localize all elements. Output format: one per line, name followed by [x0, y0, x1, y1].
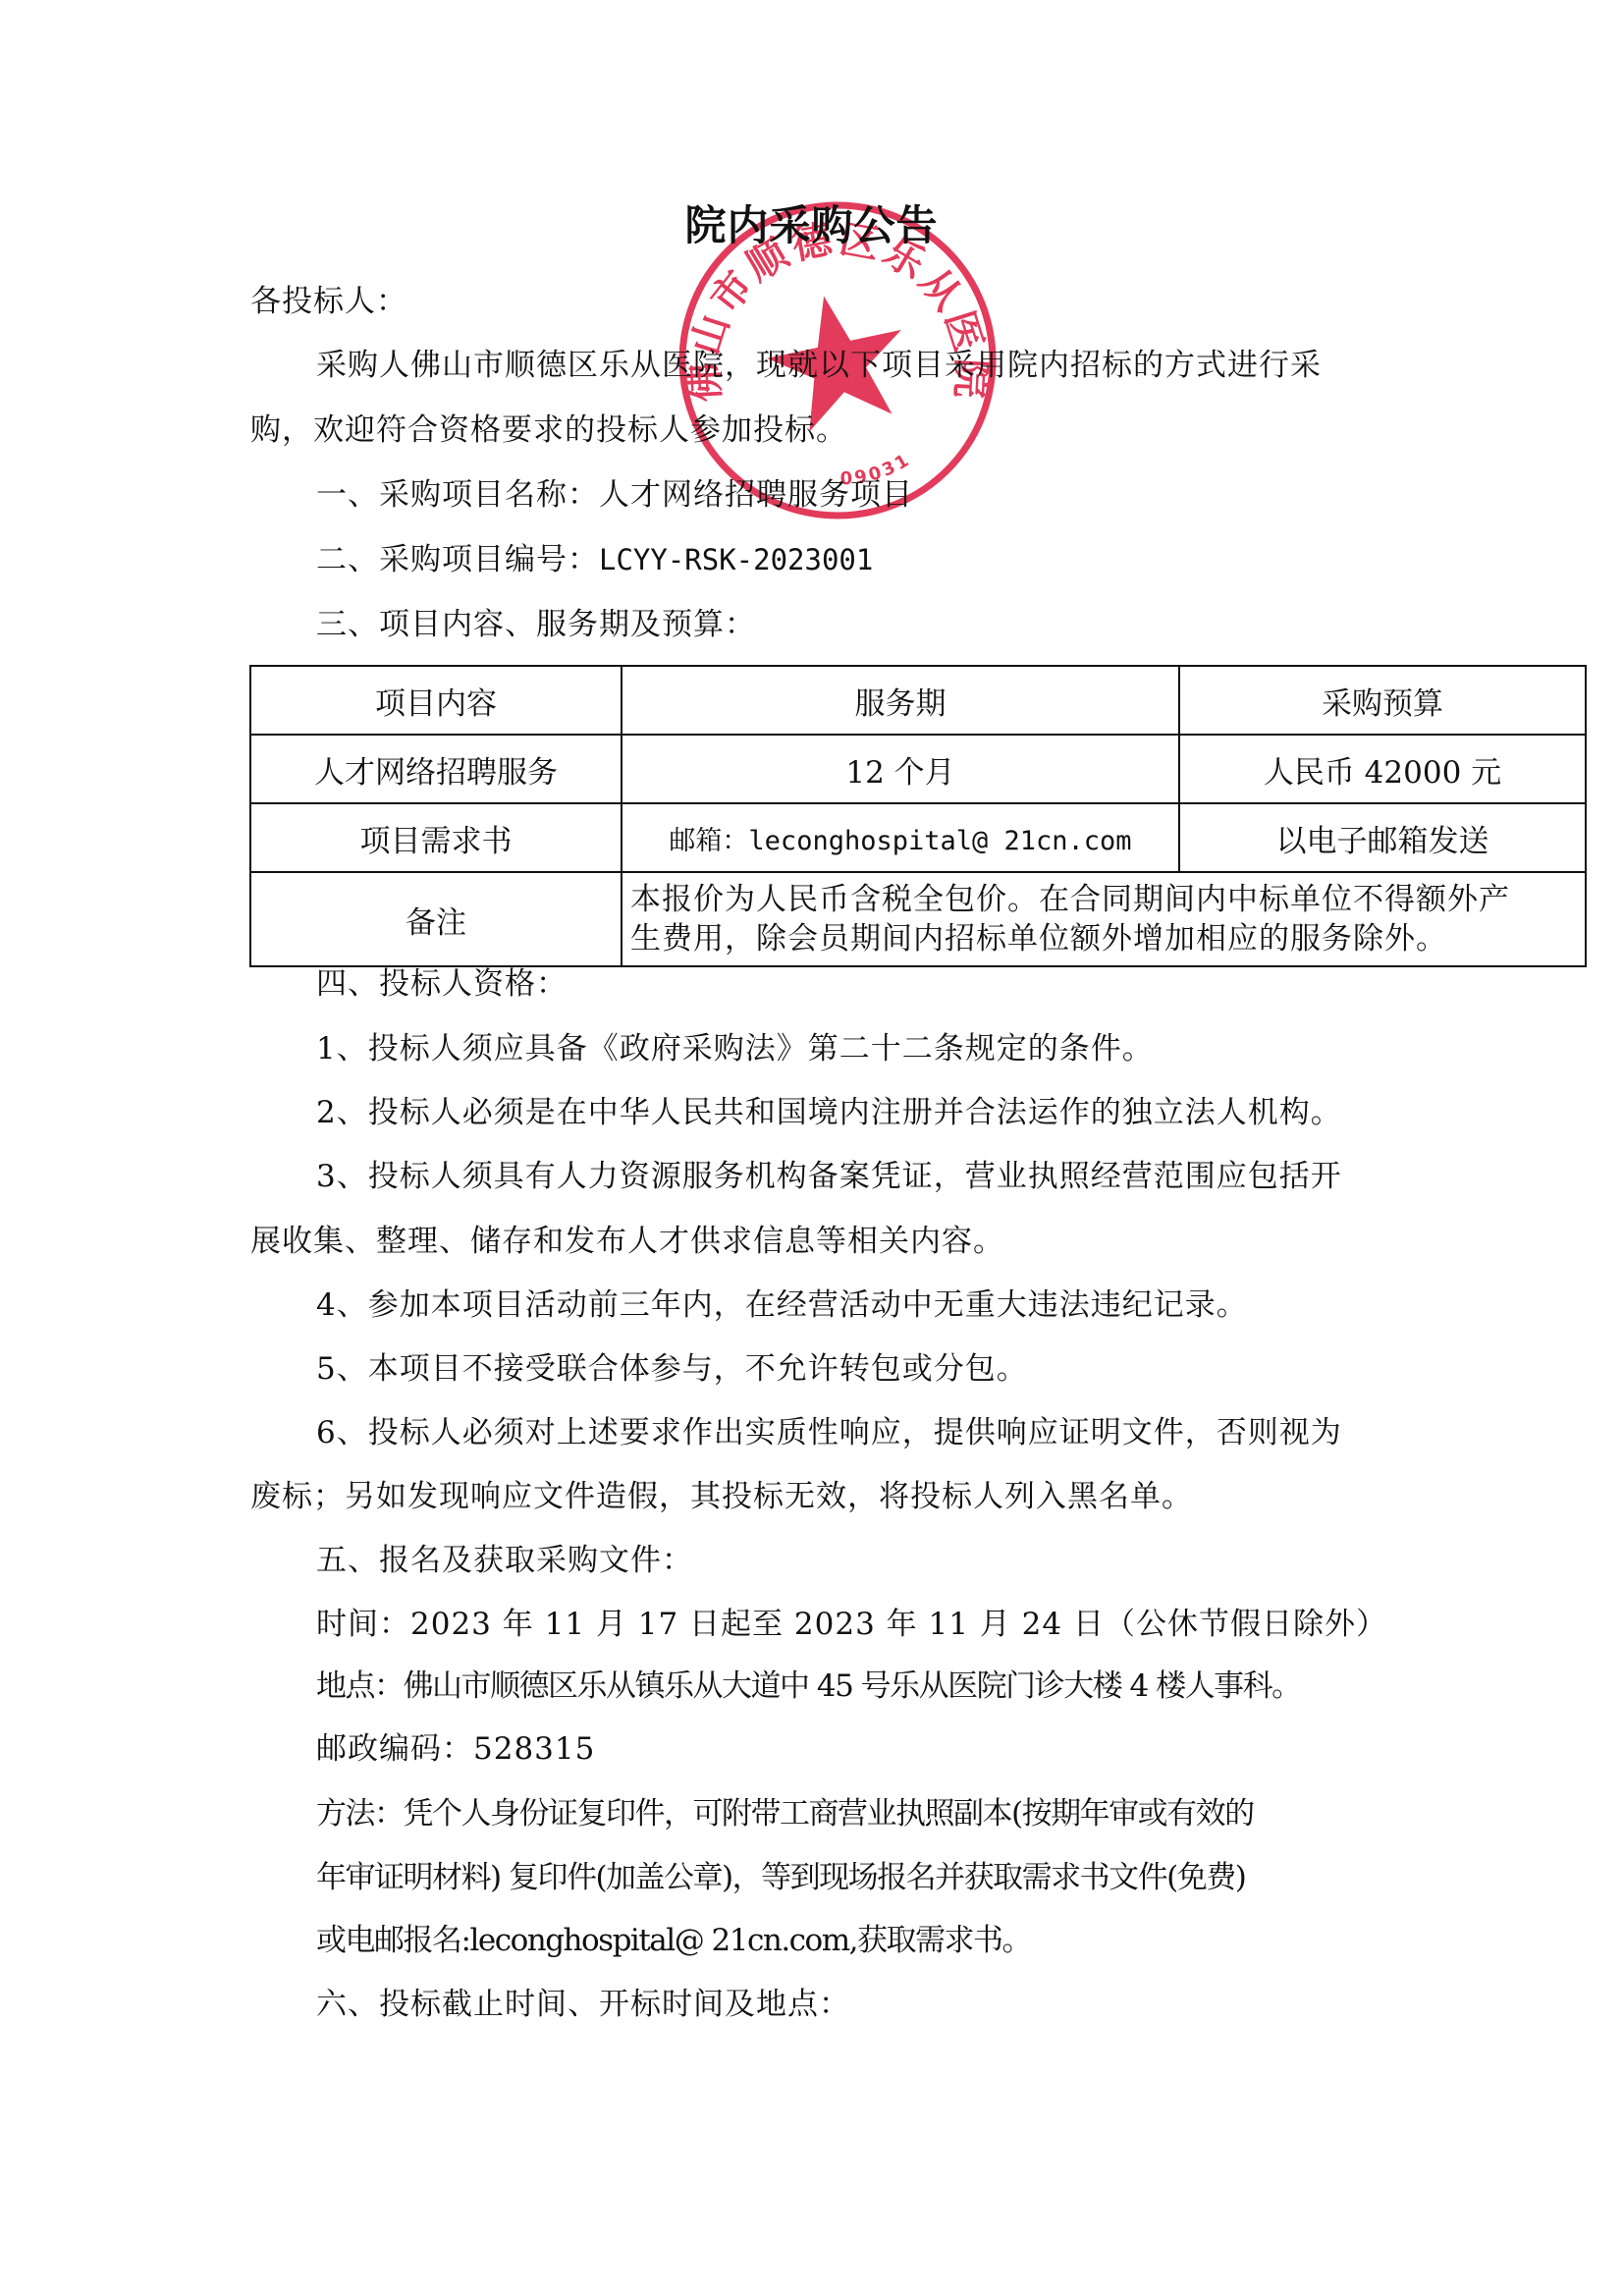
intro-line-2: 购，欢迎符合资格要求的投标人参加投标。 — [250, 410, 847, 450]
table-cell: 人才网络招聘服务 — [250, 735, 622, 803]
table-header: 服务期 — [622, 666, 1179, 735]
table-row: 项目需求书 邮箱：leconghospital@ 21cn.com 以电子邮箱发… — [250, 803, 1586, 872]
table-cell: 项目需求书 — [250, 803, 622, 872]
qualification-5: 5、本项目不接受联合体参与，不允许转包或分包。 — [316, 1349, 1028, 1389]
qualification-1: 1、投标人须应具备《政府采购法》第二十二条规定的条件。 — [316, 1029, 1154, 1068]
note-content: 本报价为人民币含税全包价。在合同期间内中标单位不得额外产 生费用，除会员期间内招… — [622, 872, 1586, 966]
qualification-6-line-1: 6、投标人必须对上述要求作出实质性响应，提供响应证明文件，否则视为 — [316, 1413, 1342, 1452]
registration-method-line-3: 或电邮报名:leconghospital@ 21cn.com,获取需求书。 — [316, 1921, 1031, 1960]
registration-time: 时间：2023 年 11 月 17 日起至 2023 年 11 月 24 日（公… — [316, 1605, 1387, 1644]
table-cell: 人民币 42000 元 — [1179, 735, 1586, 803]
registration-method-line-2: 年审证明材料) 复印件(加盖公章)，等到现场报名并获取需求书文件(免费) — [316, 1858, 1245, 1897]
document-page: 佛山市顺德区乐从医院 09031 院内采购公告 各投标人： 采购人佛山市顺德区乐… — [0, 0, 1623, 2296]
project-code-label: 二、采购项目编号： — [316, 542, 599, 577]
qualification-2: 2、投标人必须是在中华人民共和国境内注册并合法运作的独立法人机构。 — [316, 1093, 1342, 1132]
salutation: 各投标人： — [250, 282, 407, 321]
qualification-4: 4、参加本项目活动前三年内，在经营活动中无重大违法违纪记录。 — [316, 1285, 1248, 1325]
section-4-heading: 四、投标人资格： — [316, 964, 568, 1004]
qualification-6-line-2: 废标；另如发现响应文件造假，其投标无效，将投标人列入黑名单。 — [250, 1477, 1193, 1516]
table-row-note: 备注 本报价为人民币含税全包价。在合同期间内中标单位不得额外产 生费用，除会员期… — [250, 872, 1586, 966]
table-header: 采购预算 — [1179, 666, 1586, 735]
section-5-heading: 五、报名及获取采购文件： — [316, 1541, 693, 1580]
section-1-project-name: 一、采购项目名称：人才网络招聘服务项目 — [316, 475, 913, 515]
table-cell: 以电子邮箱发送 — [1179, 803, 1586, 872]
section-2-project-code: 二、采购项目编号：LCYY-RSK-2023001 — [316, 540, 873, 579]
table-header-row: 项目内容 服务期 采购预算 — [250, 666, 1586, 735]
registration-postcode: 邮政编码：528315 — [316, 1729, 595, 1769]
note-line-2: 生费用，除会员期间内招标单位额外增加相应的服务除外。 — [630, 919, 1577, 958]
registration-method-line-1: 方法：凭个人身份证复印件，可附带工商营业执照副本(按期年审或有效的 — [316, 1794, 1254, 1833]
registration-place: 地点：佛山市顺德区乐从镇乐从大道中 45 号乐从医院门诊大楼 4 楼人事科。 — [316, 1667, 1301, 1706]
qualification-3-line-1: 3、投标人须具有人力资源服务机构备案凭证，营业执照经营范围应包括开 — [316, 1157, 1342, 1196]
note-label: 备注 — [250, 872, 622, 966]
section-6-heading: 六、投标截止时间、开标时间及地点： — [316, 1985, 850, 2024]
section-3-heading: 三、项目内容、服务期及预算： — [316, 605, 756, 644]
table-cell-email: 邮箱：leconghospital@ 21cn.com — [622, 803, 1179, 872]
note-line-1: 本报价为人民币含税全包价。在合同期间内中标单位不得额外产 — [630, 880, 1577, 919]
intro-line-1: 采购人佛山市顺德区乐从医院，现就以下项目采用院内招标的方式进行采 — [316, 346, 1322, 385]
project-table: 项目内容 服务期 采购预算 人才网络招聘服务 12 个月 人民币 42000 元… — [249, 665, 1587, 967]
project-code-value: LCYY-RSK-2023001 — [599, 543, 873, 576]
table-cell: 12 个月 — [622, 735, 1179, 803]
document-title: 院内采购公告 — [0, 201, 1623, 250]
table-header: 项目内容 — [250, 666, 622, 735]
qualification-3-line-2: 展收集、整理、储存和发布人才供求信息等相关内容。 — [250, 1222, 1004, 1261]
table-row: 人才网络招聘服务 12 个月 人民币 42000 元 — [250, 735, 1586, 803]
